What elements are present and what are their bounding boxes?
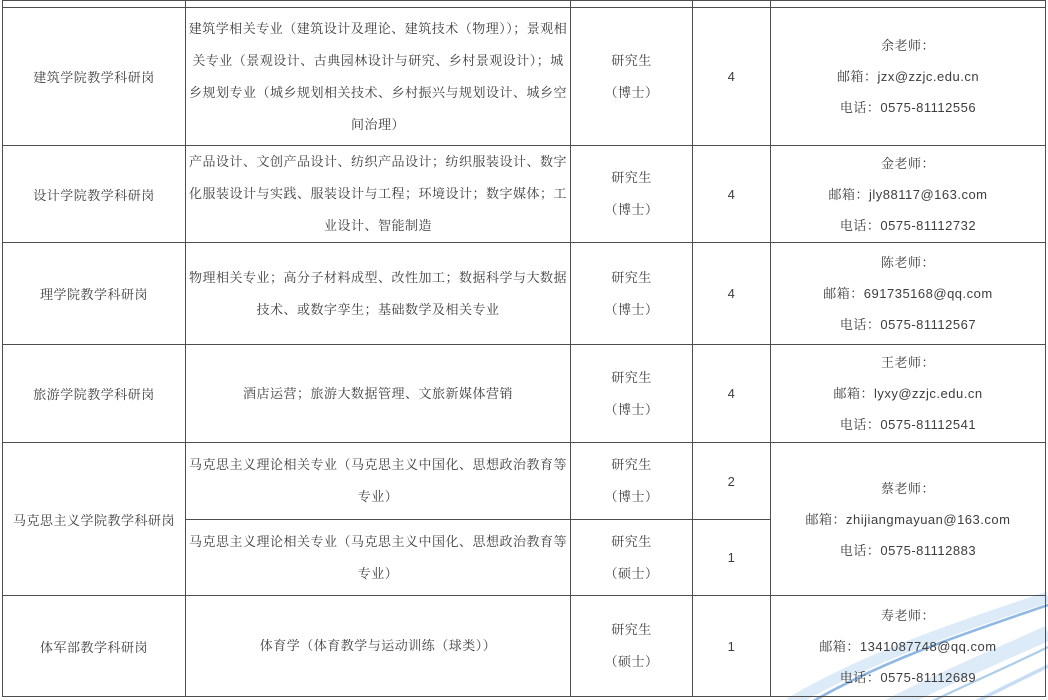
count-cell: 2 xyxy=(693,443,771,520)
partial-cell xyxy=(571,1,693,8)
count-cell: 1 xyxy=(693,596,771,697)
position-cell: 马克思主义学院教学科研岗 xyxy=(3,443,186,596)
education-cell: 研究生 （博士） xyxy=(571,243,693,345)
majors-cell: 马克思主义理论相关专业（马克思主义中国化、思想政治教育等专业） xyxy=(186,520,571,596)
contact-cell: 陈老师： 邮箱：691735168@qq.com 电话：0575-8111256… xyxy=(771,243,1046,345)
education-level: 研究生 xyxy=(571,526,692,558)
contact-phone: 电话：0575-81112556 xyxy=(771,92,1045,123)
contact-email: 邮箱：zhijiangmayuan@163.com xyxy=(771,504,1045,535)
education-cell: 研究生 （硕士） xyxy=(571,520,693,596)
contact-cell: 余老师： 邮箱：jzx@zzjc.edu.cn 电话：0575-81112556 xyxy=(771,8,1046,146)
education-cell: 研究生 （博士） xyxy=(571,345,693,443)
count-cell: 4 xyxy=(693,243,771,345)
table-row: 理学院教学科研岗 物理相关专业；高分子材料成型、改性加工；数据科学与大数据技术、… xyxy=(3,243,1046,345)
education-cell: 研究生 （博士） xyxy=(571,8,693,146)
education-cell: 研究生 （博士） xyxy=(571,443,693,520)
education-degree: （博士） xyxy=(571,294,692,326)
table-row: 设计学院教学科研岗 产品设计、文创产品设计、纺织产品设计；纺织服装设计、数字化服… xyxy=(3,146,1046,243)
education-degree: （博士） xyxy=(571,194,692,226)
contact-email: 邮箱：691735168@qq.com xyxy=(771,278,1045,309)
majors-cell: 体育学（体育教学与运动训练（球类）） xyxy=(186,596,571,697)
contact-cell: 王老师： 邮箱：lyxy@zzjc.edu.cn 电话：0575-8111254… xyxy=(771,345,1046,443)
education-level: 研究生 xyxy=(571,614,692,646)
partial-cell xyxy=(693,1,771,8)
position-cell: 建筑学院教学科研岗 xyxy=(3,8,186,146)
contact-phone: 电话：0575-81112567 xyxy=(771,309,1045,340)
partial-cell xyxy=(3,1,186,8)
count-cell: 4 xyxy=(693,146,771,243)
education-degree: （博士） xyxy=(571,77,692,109)
contact-email: 邮箱：lyxy@zzjc.edu.cn xyxy=(771,378,1045,409)
education-cell: 研究生 （硕士） xyxy=(571,596,693,697)
education-degree: （硕士） xyxy=(571,558,692,590)
majors-cell: 产品设计、文创产品设计、纺织产品设计；纺织服装设计、数字化服装设计与实践、服装设… xyxy=(186,146,571,243)
table-row: 马克思主义学院教学科研岗 马克思主义理论相关专业（马克思主义中国化、思想政治教育… xyxy=(3,443,1046,520)
education-degree: （博士） xyxy=(571,394,692,426)
contact-name: 寿老师： xyxy=(771,600,1045,631)
position-cell: 旅游学院教学科研岗 xyxy=(3,345,186,443)
table-row: 旅游学院教学科研岗 酒店运营；旅游大数据管理、文旅新媒体营销 研究生 （博士） … xyxy=(3,345,1046,443)
position-cell: 体军部教学科研岗 xyxy=(3,596,186,697)
recruitment-table: 建筑学院教学科研岗 建筑学相关专业（建筑设计及理论、建筑技术（物理））；景观相关… xyxy=(2,0,1046,697)
count-cell: 4 xyxy=(693,345,771,443)
position-cell: 理学院教学科研岗 xyxy=(3,243,186,345)
contact-cell: 蔡老师： 邮箱：zhijiangmayuan@163.com 电话：0575-8… xyxy=(771,443,1046,596)
education-level: 研究生 xyxy=(571,45,692,77)
contact-cell: 寿老师： 邮箱：1341087748@qq.com 电话：0575-811126… xyxy=(771,596,1046,697)
education-degree: （博士） xyxy=(571,481,692,513)
education-degree: （硕士） xyxy=(571,646,692,678)
education-level: 研究生 xyxy=(571,162,692,194)
partial-cell xyxy=(771,1,1046,8)
education-level: 研究生 xyxy=(571,262,692,294)
contact-email: 邮箱：jly88117@163.com xyxy=(771,179,1045,210)
partial-cell xyxy=(186,1,571,8)
contact-name: 王老师： xyxy=(771,347,1045,378)
count-cell: 4 xyxy=(693,8,771,146)
majors-cell: 酒店运营；旅游大数据管理、文旅新媒体营销 xyxy=(186,345,571,443)
position-cell: 设计学院教学科研岗 xyxy=(3,146,186,243)
contact-email: 邮箱：1341087748@qq.com xyxy=(771,631,1045,662)
education-level: 研究生 xyxy=(571,362,692,394)
majors-cell: 建筑学相关专业（建筑设计及理论、建筑技术（物理））；景观相关专业（景观设计、古典… xyxy=(186,8,571,146)
count-cell: 1 xyxy=(693,520,771,596)
table-row: 体军部教学科研岗 体育学（体育教学与运动训练（球类）） 研究生 （硕士） 1 寿… xyxy=(3,596,1046,697)
table-row: 建筑学院教学科研岗 建筑学相关专业（建筑设计及理论、建筑技术（物理））；景观相关… xyxy=(3,8,1046,146)
majors-cell: 物理相关专业；高分子材料成型、改性加工；数据科学与大数据技术、或数字孪生；基础数… xyxy=(186,243,571,345)
contact-name: 蔡老师： xyxy=(771,473,1045,504)
contact-name: 余老师： xyxy=(771,30,1045,61)
partial-row xyxy=(3,1,1046,8)
education-level: 研究生 xyxy=(571,449,692,481)
contact-name: 金老师： xyxy=(771,148,1045,179)
contact-cell: 金老师： 邮箱：jly88117@163.com 电话：0575-8111273… xyxy=(771,146,1046,243)
contact-phone: 电话：0575-81112732 xyxy=(771,210,1045,241)
contact-phone: 电话：0575-81112883 xyxy=(771,535,1045,566)
majors-cell: 马克思主义理论相关专业（马克思主义中国化、思想政治教育等专业） xyxy=(186,443,571,520)
page: 建筑学院教学科研岗 建筑学相关专业（建筑设计及理论、建筑技术（物理））；景观相关… xyxy=(0,0,1048,700)
education-cell: 研究生 （博士） xyxy=(571,146,693,243)
contact-name: 陈老师： xyxy=(771,247,1045,278)
contact-phone: 电话：0575-81112541 xyxy=(771,409,1045,440)
contact-phone: 电话：0575-81112689 xyxy=(771,662,1045,693)
contact-email: 邮箱：jzx@zzjc.edu.cn xyxy=(771,61,1045,92)
